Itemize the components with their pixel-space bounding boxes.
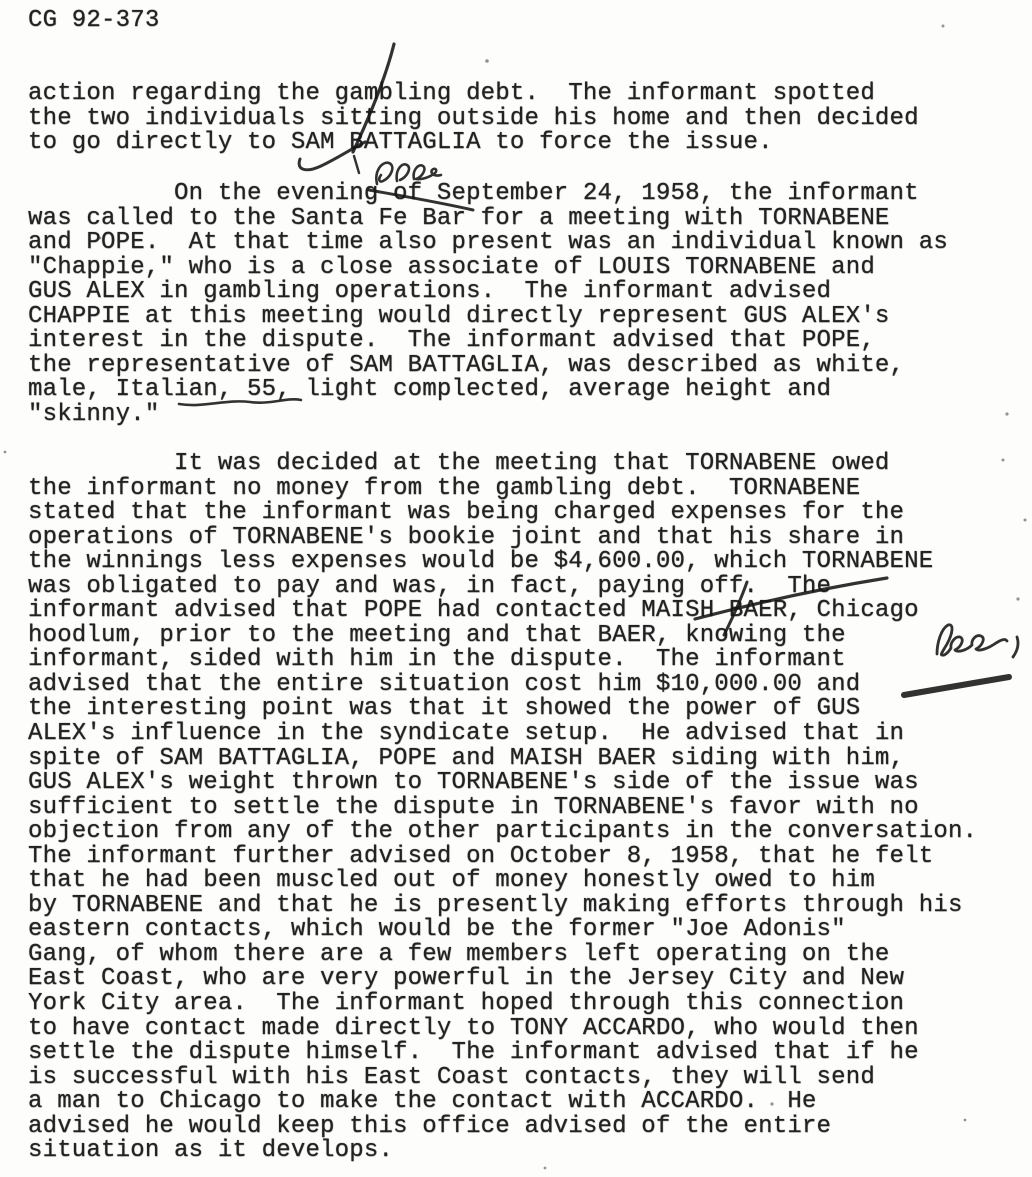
case-number: CG 92-373 [28, 9, 159, 34]
pen-slash-tick [354, 156, 359, 173]
paragraph-2: On the evening of September 24, 1958, th… [28, 182, 948, 427]
scanned-document-page: CG 92-373 action regarding the gambling … [0, 0, 1032, 1177]
margin-initials-comma [1013, 637, 1018, 657]
paragraph-1: action regarding the gambling debt. The … [28, 82, 919, 156]
paragraph-3: It was decided at the meeting that TORNA… [28, 452, 977, 1164]
